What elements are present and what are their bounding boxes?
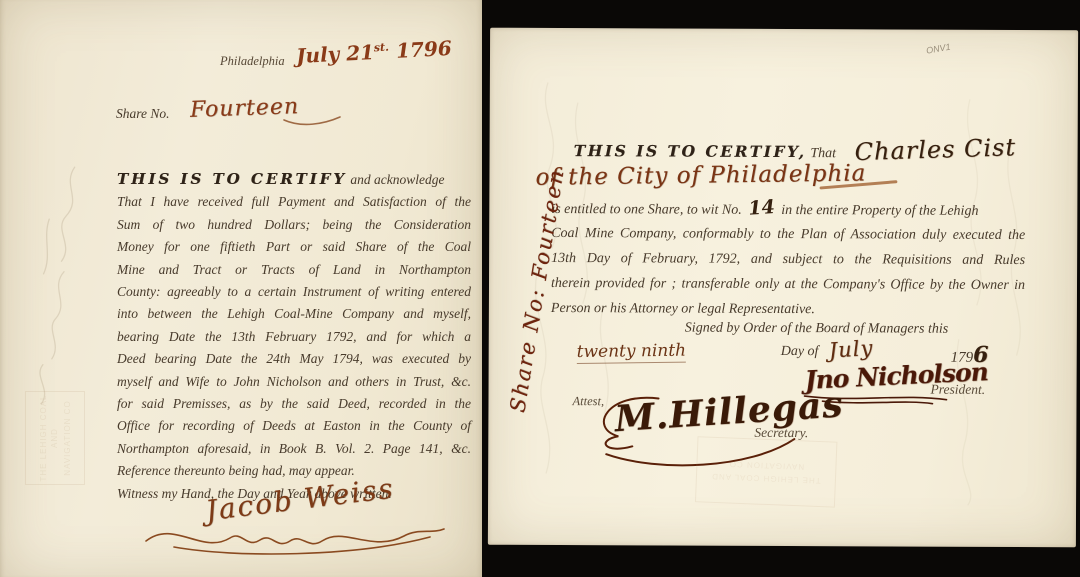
body-line: bearing Date the 13th February 1792, and… [117, 326, 471, 348]
body-line: Mine and Tract or Tracts of Land in Nort… [117, 259, 471, 281]
faint-stamp-right: THE LEHIGH COAL AND NAVIGATION CO [695, 436, 837, 507]
body-line: County: agreeably to a certain Instrumen… [117, 281, 471, 303]
body-line: Sum of two hundred Dollars; being the Co… [117, 214, 471, 236]
day-of-label: Day of [781, 344, 819, 360]
entitled-line: is entitled to one Share, to wit No. 14 … [551, 196, 978, 220]
share-number-label: Share No. [116, 106, 170, 122]
pencil-note: ONV1 [925, 42, 951, 56]
entitled-pre: is entitled to one Share, to wit No. [551, 202, 741, 218]
left-certificate-document: THE LEHIGH COAL AND NAVIGATION CO Philad… [0, 0, 482, 577]
body-line: into between the Lehigh Coal-Mine Compan… [117, 303, 471, 325]
body-line: 13th Day of February, 1792, and subject … [551, 246, 1025, 273]
right-certificate-document: ONV1 THIS IS TO CERTIFY, That Charles Ci… [488, 28, 1078, 548]
body-line: myself and Wife to John Nicholson and ot… [117, 371, 471, 393]
body-line: Reference thereunto being had, may appea… [117, 460, 471, 482]
share-number-handwritten: 14 [748, 196, 776, 220]
certify-headline: THIS IS TO CERTIFY, [574, 141, 807, 161]
certify-headline-line: THIS IS TO CERTIFY, That Charles Cist [574, 134, 1016, 164]
stamp-line: NAVIGATION CO [62, 392, 73, 484]
body-line: Deed bearing Date the 24th May 1794, was… [117, 348, 471, 370]
faint-stamp-left: THE LEHIGH COAL AND NAVIGATION CO [25, 391, 85, 485]
dateline-place: Philadelphia [220, 54, 285, 69]
certificate-body-text: Coal Mine Company, conformably to the Pl… [551, 221, 1025, 323]
president-label: President. [931, 382, 986, 398]
entitled-post: in the entire Property of the Lehigh [781, 203, 978, 219]
pen-tail-flourish [282, 114, 342, 128]
body-line: Money for one fiftieth Part or said Shar… [117, 236, 471, 258]
body-line: Office for recording of Deeds at Easton … [117, 415, 471, 437]
signed-by-order-line: Signed by Order of the Board of Managers… [685, 321, 948, 338]
holder-name-handwritten: Charles Cist [854, 133, 1016, 166]
headline-rest: and acknowledge [350, 172, 444, 187]
body-line: Coal Mine Company, conformably to the Pl… [551, 221, 1025, 248]
body-line: THIS IS TO CERTIFY and acknowledge [117, 168, 471, 191]
signature-paraph-flourish [140, 511, 450, 566]
body-line: therein provided for ; transferable only… [551, 271, 1025, 298]
dateline-date: July 21st. 1796 [295, 36, 452, 68]
day-handwritten: twenty ninth [577, 341, 687, 364]
body-line: Northampton aforesaid, in Book B. Vol. 2… [117, 438, 471, 460]
headline-that: That [810, 146, 836, 161]
stamp-line: THE LEHIGH COAL AND [38, 392, 60, 484]
certificate-body-text: THIS IS TO CERTIFY and acknowledge That … [117, 168, 471, 505]
bleedthrough-writing [11, 158, 105, 414]
body-line: That I have received full Payment and Sa… [117, 191, 471, 213]
certify-headline: THIS IS TO CERTIFY [117, 170, 347, 188]
scanned-certificates-photo: THE LEHIGH COAL AND NAVIGATION CO Philad… [0, 0, 1080, 577]
body-line: for said Premisses, as by the said Deed,… [117, 393, 471, 415]
holder-city-handwritten: of the City of Philadelphia [535, 160, 866, 190]
month-handwritten: July [828, 336, 874, 363]
body-line: Person or his Attorney or legal Represen… [551, 296, 1025, 323]
